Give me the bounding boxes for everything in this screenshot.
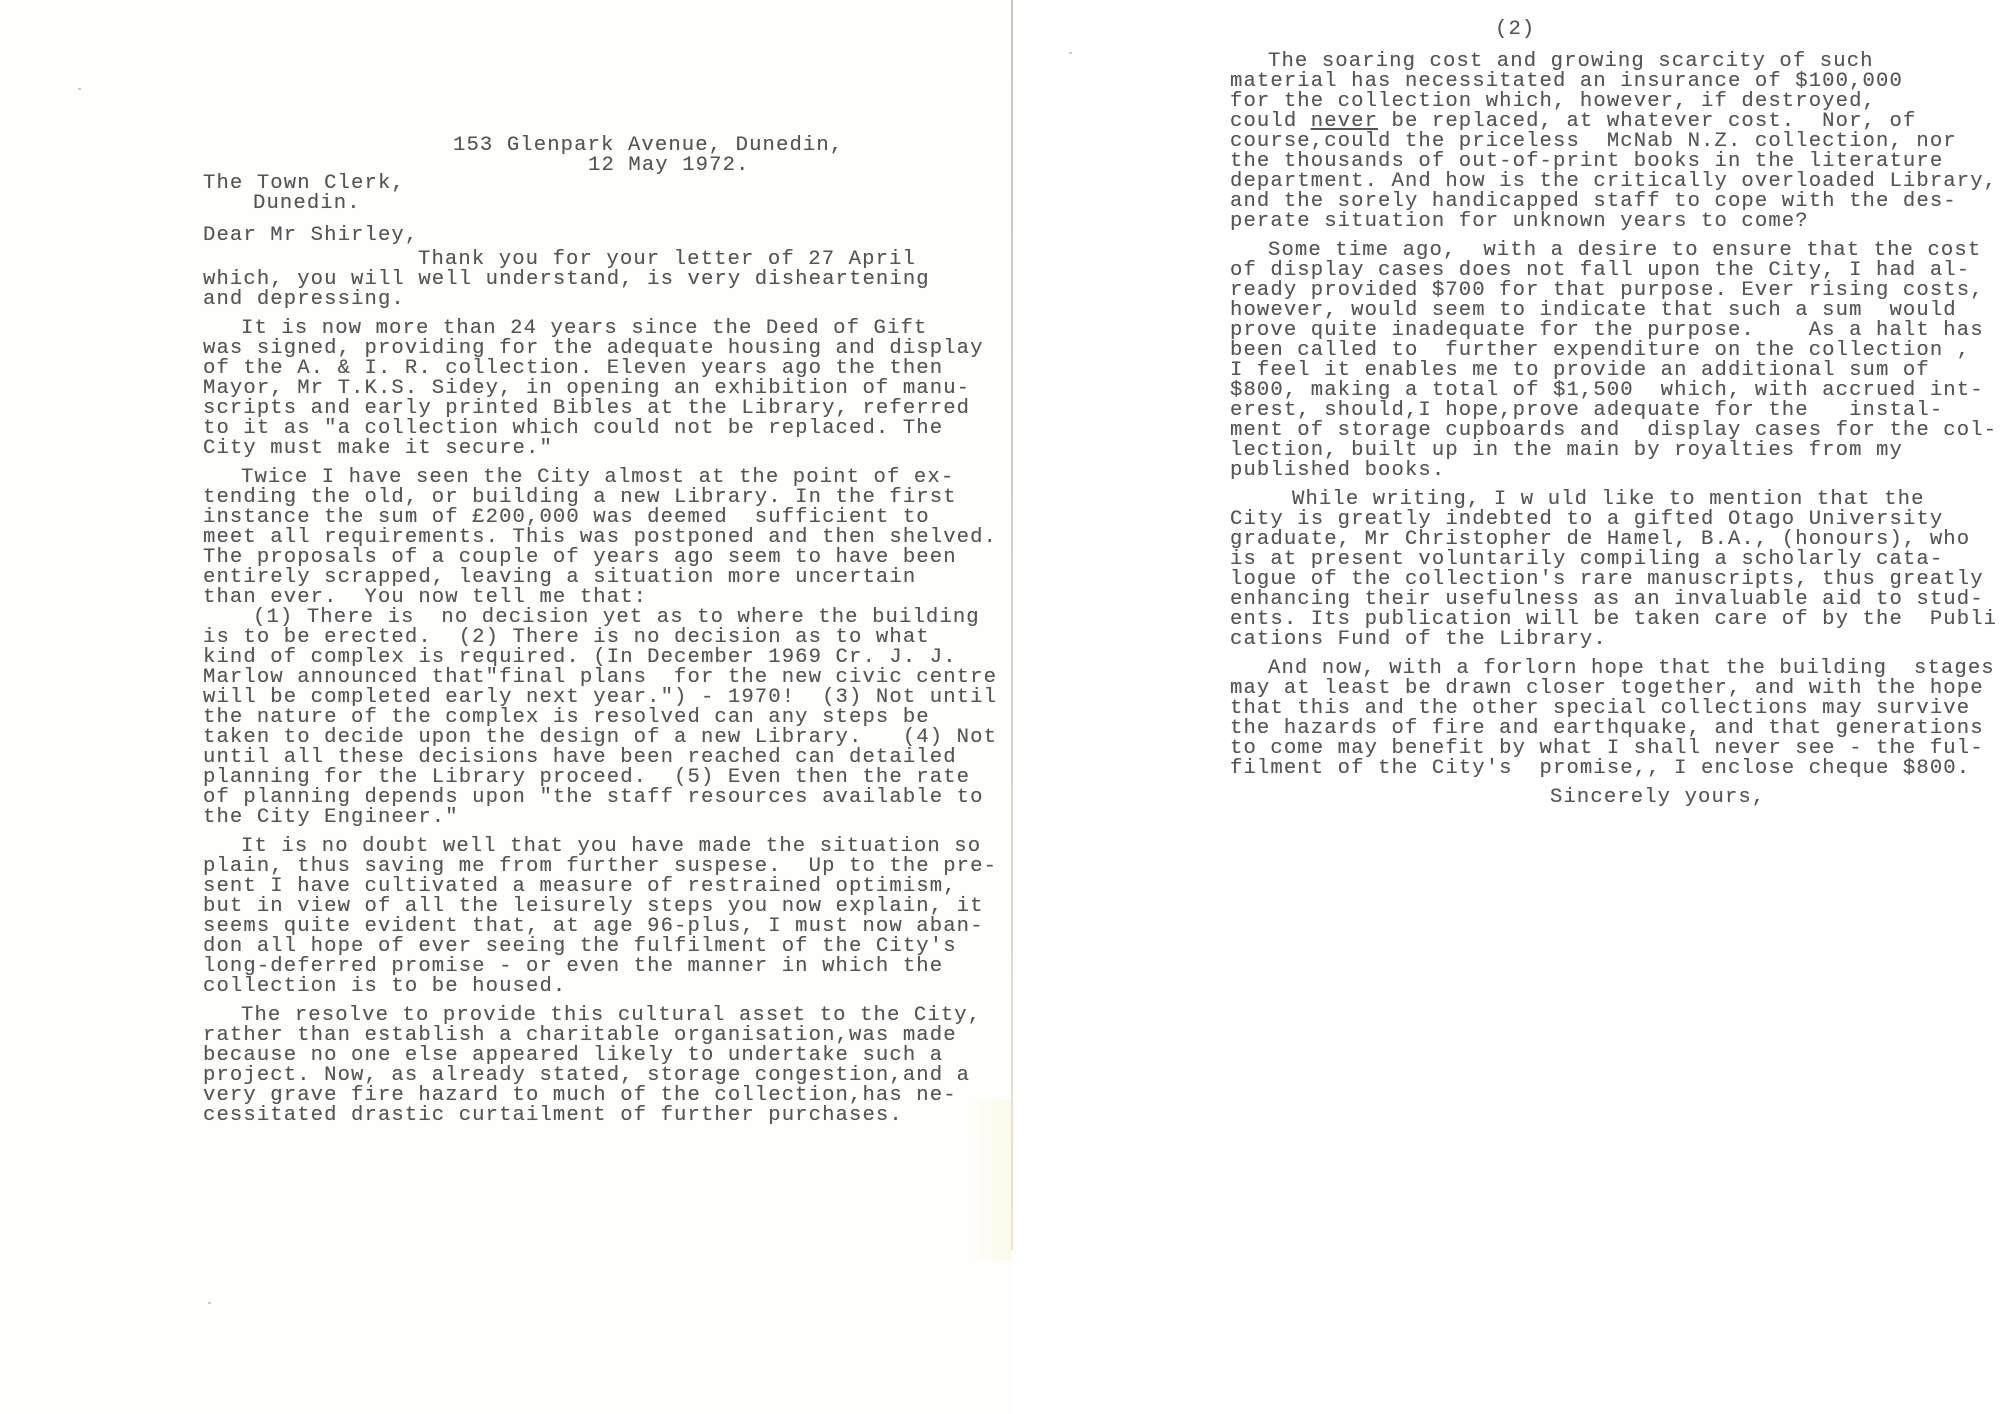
- text-line: logue of the collection's rare manuscrip…: [1230, 570, 2000, 590]
- text-line: seems quite evident that, at age 96-plus…: [203, 917, 997, 937]
- text-line: ready provided $700 for that purpose. Ev…: [1230, 281, 2000, 301]
- text-line: Marlow announced that"final plans for th…: [203, 668, 997, 688]
- page-divider: [1011, 0, 1013, 1250]
- text-line: The proposals of a couple of years ago s…: [203, 548, 997, 568]
- text-line: meet all requirements. This was postpone…: [203, 528, 997, 548]
- text-line: ents. Its publication will be taken care…: [1230, 610, 2000, 630]
- text-line: was signed, providing for the adequate h…: [203, 339, 997, 359]
- text-line: instance the sum of £200,000 was deemed …: [203, 508, 997, 528]
- text-line: Thank you for your letter of 27 April: [203, 250, 997, 270]
- text-line: Mayor, Mr T.K.S. Sidey, in opening an ex…: [203, 379, 997, 399]
- text-line: City is greatly indebted to a gifted Ota…: [1230, 510, 2000, 530]
- salutation: Dear Mr Shirley,: [203, 226, 418, 246]
- text-line: the nature of the complex is resolved ca…: [203, 708, 997, 728]
- text-line: cations Fund of the Library.: [1230, 630, 2000, 650]
- text-line: and the sorely handicapped staff to cope…: [1230, 192, 2000, 212]
- text-line: prove quite inadequate for the purpose. …: [1230, 321, 2000, 341]
- text-line: The soaring cost and growing scarcity of…: [1230, 52, 2000, 72]
- page2-paragraph: While writing, I w uld like to mention t…: [1230, 490, 2000, 650]
- text-line: plain, thus saving me from further suspe…: [203, 857, 997, 877]
- text-line: The resolve to provide this cultural ass…: [203, 1006, 997, 1026]
- page1-paragraph: The resolve to provide this cultural ass…: [203, 1006, 997, 1126]
- text-line: project. Now, as already stated, storage…: [203, 1066, 997, 1086]
- page2-paragraph: The soaring cost and growing scarcity of…: [1230, 52, 2000, 232]
- text-line: enhancing their usefulness as an invalua…: [1230, 590, 2000, 610]
- paper-speck: [1069, 52, 1072, 54]
- text-line: filment of the City's promise,, I enclos…: [1230, 759, 2000, 779]
- text-line: It is now more than 24 years since the D…: [203, 319, 997, 339]
- text-line: Twice I have seen the City almost at the…: [203, 468, 997, 488]
- text-line: collection is to be housed.: [203, 977, 997, 997]
- text-line: While writing, I w uld like to mention t…: [1230, 490, 2000, 510]
- text-line: than ever. You now tell me that:: [203, 588, 997, 608]
- text-line: $800, making a total of $1,500 which, wi…: [1230, 381, 2000, 401]
- text-line: is at present voluntarily compiling a sc…: [1230, 550, 2000, 570]
- text-line: which, you will well understand, is very…: [203, 270, 997, 290]
- text-line: but in view of all the leisurely steps y…: [203, 897, 997, 917]
- text-line: very grave fire hazard to much of the co…: [203, 1086, 997, 1106]
- text-line: City must make it secure.": [203, 439, 997, 459]
- text-line: rather than establish a charitable organ…: [203, 1026, 997, 1046]
- text-line: Some time ago, with a desire to ensure t…: [1230, 241, 2000, 261]
- text-line: long-deferred promise - or even the mann…: [203, 957, 997, 977]
- sender-address: 153 Glenpark Avenue, Dunedin,: [453, 136, 843, 156]
- text-line: ment of storage cupboards and display ca…: [1230, 421, 2000, 441]
- text-line: And now, with a forlorn hope that the bu…: [1230, 659, 2000, 679]
- recipient-line-1: The Town Clerk,: [203, 174, 405, 194]
- paper-speck: [208, 1302, 211, 1304]
- page1-paragraph: It is now more than 24 years since the D…: [203, 319, 997, 459]
- recipient-line-2: Dunedin.: [253, 194, 361, 214]
- text-line: the thousands of out-of-print books in t…: [1230, 152, 2000, 172]
- text-line: the City Engineer.": [203, 808, 997, 828]
- text-line: I feel it enables me to provide an addit…: [1230, 361, 2000, 381]
- text-line: to come may benefit by what I shall neve…: [1230, 739, 2000, 759]
- text-line: that this and the other special collecti…: [1230, 699, 2000, 719]
- text-line: sent I have cultivated a measure of rest…: [203, 877, 997, 897]
- text-line: to it as "a collection which could not b…: [203, 419, 997, 439]
- closing: Sincerely yours,: [1230, 788, 2000, 808]
- paper-speck: [78, 88, 81, 90]
- text-line: It is no doubt well that you have made t…: [203, 837, 997, 857]
- text-line: until all these decisions have been reac…: [203, 748, 997, 768]
- text-line: may at least be drawn closer together, a…: [1230, 679, 2000, 699]
- page2-paragraph: Some time ago, with a desire to ensure t…: [1230, 241, 2000, 481]
- page2-body: The soaring cost and growing scarcity of…: [1230, 52, 2000, 808]
- text-line: the hazards of fire and earthquake, and …: [1230, 719, 2000, 739]
- text-line: of the A. & I. R. collection. Eleven yea…: [203, 359, 997, 379]
- page1-paragraph: It is no doubt well that you have made t…: [203, 837, 997, 997]
- text-line: and depressing.: [203, 290, 997, 310]
- text-line: published books.: [1230, 461, 2000, 481]
- text-line: for the collection which, however, if de…: [1230, 92, 2000, 112]
- text-line: tending the old, or building a new Libra…: [203, 488, 997, 508]
- text-line: course,could the priceless McNab N.Z. co…: [1230, 132, 2000, 152]
- letter-date: 12 May 1972.: [588, 156, 750, 176]
- text-line: don all hope of ever seeing the fulfilme…: [203, 937, 997, 957]
- text-line: is to be erected. (2) There is no decisi…: [203, 628, 997, 648]
- text-line: however, would seem to indicate that suc…: [1230, 301, 2000, 321]
- text-line: graduate, Mr Christopher de Hamel, B.A.,…: [1230, 530, 2000, 550]
- text-line: (1) There is no decision yet as to where…: [203, 608, 997, 628]
- text-line: perate situation for unknown years to co…: [1230, 212, 2000, 232]
- text-line: of display cases does not fall upon the …: [1230, 261, 2000, 281]
- text-line: cessitated drastic curtailment of furthe…: [203, 1106, 997, 1126]
- page1-paragraph: Thank you for your letter of 27 Aprilwhi…: [203, 250, 997, 310]
- page-number: (2): [1495, 20, 1535, 40]
- text-line: lection, built up in the main by royalti…: [1230, 441, 2000, 461]
- text-line: department. And how is the critically ov…: [1230, 172, 2000, 192]
- text-line: of planning depends upon "the staff reso…: [203, 788, 997, 808]
- page1-body: Thank you for your letter of 27 Aprilwhi…: [203, 250, 997, 1135]
- text-line: because no one else appeared likely to u…: [203, 1046, 997, 1066]
- text-line: will be completed early next year.") - 1…: [203, 688, 997, 708]
- text-line: been called to further expenditure on th…: [1230, 341, 2000, 361]
- text-line: planning for the Library proceed. (5) Ev…: [203, 768, 997, 788]
- text-line: could never be replaced, at whatever cos…: [1230, 112, 2000, 132]
- text-line: scripts and early printed Bibles at the …: [203, 399, 997, 419]
- text-line: taken to decide upon the design of a new…: [203, 728, 997, 748]
- text-line: material has necessitated an insurance o…: [1230, 72, 2000, 92]
- page2-paragraph: And now, with a forlorn hope that the bu…: [1230, 659, 2000, 779]
- page1-paragraph: Twice I have seen the City almost at the…: [203, 468, 997, 828]
- text-line: kind of complex is required. (In Decembe…: [203, 648, 997, 668]
- text-line: entirely scrapped, leaving a situation m…: [203, 568, 997, 588]
- text-line: erest, should,I hope,prove adequate for …: [1230, 401, 2000, 421]
